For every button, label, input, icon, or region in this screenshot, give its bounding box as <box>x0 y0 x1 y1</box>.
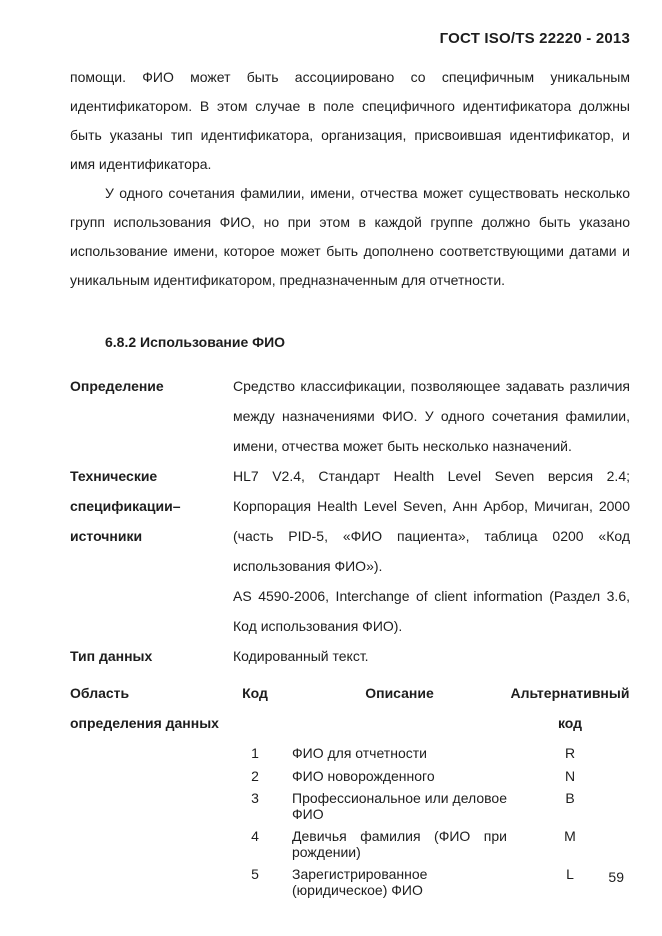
definition-value: Средство классификации, позволяющее зада… <box>233 371 630 461</box>
cell-code: 1 <box>235 746 275 762</box>
code-table-header: Код Описание Альтернативный код <box>233 678 630 738</box>
definition-list: Определение Средство классификации, позв… <box>70 371 630 905</box>
cell-description: Профессиональное или деловое ФИО <box>292 791 507 822</box>
definition-value-paragraph: Средство классификации, позволяющее зада… <box>233 371 630 461</box>
cell-code: 4 <box>235 829 275 860</box>
cell-code: 3 <box>235 791 275 822</box>
cell-alt-code: R <box>510 746 630 762</box>
table-row: 1 ФИО для отчетности R <box>233 746 630 762</box>
definition-row-value-domain: Область определения данных Код Описание … <box>70 678 630 905</box>
cell-alt-code: B <box>510 791 630 822</box>
column-header-alt-code: Альтернативный код <box>510 678 630 738</box>
definition-term-line: Технические <box>70 461 233 491</box>
cell-alt-code: M <box>510 829 630 860</box>
body-paragraph: У одного сочетания фамилии, имени, отчес… <box>70 179 630 295</box>
cell-description: Зарегистрированное (юридическое) ФИО <box>292 867 507 898</box>
definition-term-line: спецификации– <box>70 491 233 521</box>
document-page: ГОСТ ISO/TS 22220 - 2013 помощи. ФИО мож… <box>0 0 662 936</box>
running-header-doc-code: ГОСТ ISO/TS 22220 - 2013 <box>70 30 630 48</box>
cell-alt-code: N <box>510 769 630 785</box>
table-row: 2 ФИО новорожденного N <box>233 769 630 785</box>
column-header-description: Описание <box>292 678 507 738</box>
definition-value: HL7 V2.4, Стандарт Health Level Seven ве… <box>233 461 630 641</box>
section-heading: 6.8.2 Использование ФИО <box>105 328 630 357</box>
cell-description: ФИО новорожденного <box>292 769 507 785</box>
column-header-code: Код <box>235 678 275 738</box>
table-row: 5 Зарегистрированное (юридическое) ФИО L <box>233 867 630 898</box>
definition-term-line: определения данных <box>70 708 233 738</box>
definition-row-definition: Определение Средство классификации, позв… <box>70 371 630 461</box>
definition-row-data-type: Тип данных Кодированный текст. <box>70 641 630 671</box>
definition-value-paragraph: AS 4590-2006, Interchange of client info… <box>233 581 630 641</box>
code-table-body: 1 ФИО для отчетности R 2 ФИО новорожденн… <box>233 746 630 898</box>
definition-term: Технические спецификации– источники <box>70 461 233 551</box>
definition-term-line: Тип данных <box>70 641 233 671</box>
definition-value-paragraph: Кодированный текст. <box>233 641 630 671</box>
definition-term: Тип данных <box>70 641 233 671</box>
page-content: ГОСТ ISO/TS 22220 - 2013 помощи. ФИО мож… <box>0 0 662 905</box>
cell-description: Девичья фамилия (ФИО при рождении) <box>292 829 507 860</box>
definition-term: Определение <box>70 371 233 401</box>
table-row: 4 Девичья фамилия (ФИО при рождении) M <box>233 829 630 860</box>
definition-row-tech-specs: Технические спецификации– источники HL7 … <box>70 461 630 641</box>
definition-term-line: Область <box>70 678 233 708</box>
page-number: 59 <box>608 869 624 885</box>
cell-description: ФИО для отчетности <box>292 746 507 762</box>
definition-term: Область определения данных <box>70 678 233 738</box>
table-row: 3 Профессиональное или деловое ФИО B <box>233 791 630 822</box>
code-table: Код Описание Альтернативный код 1 ФИО дл… <box>233 678 630 905</box>
definition-term-line: Определение <box>70 371 233 401</box>
cell-code: 5 <box>235 867 275 898</box>
definition-value-paragraph: HL7 V2.4, Стандарт Health Level Seven ве… <box>233 461 630 581</box>
definition-term-line: источники <box>70 521 233 551</box>
definition-value: Кодированный текст. <box>233 641 630 671</box>
body-paragraph: помощи. ФИО может быть ассоциировано со … <box>70 63 630 179</box>
cell-code: 2 <box>235 769 275 785</box>
